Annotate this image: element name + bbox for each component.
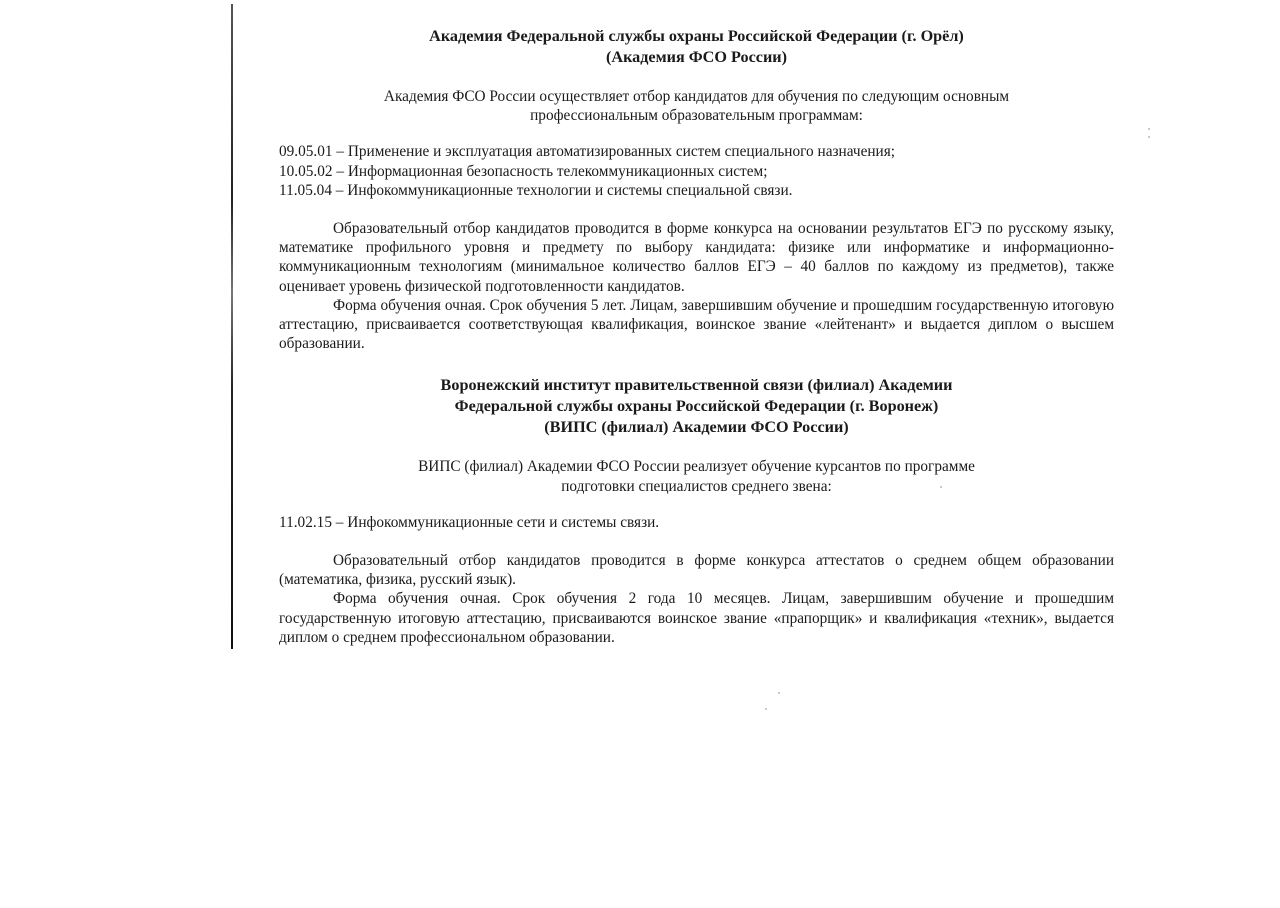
scan-edge-line	[231, 4, 233, 649]
program-item: 11.05.04 – Инфокоммуникационные технолог…	[279, 181, 1114, 200]
scan-speck	[1148, 128, 1150, 130]
section-academy-orel: Академия Федеральной службы охраны Росси…	[279, 26, 1114, 353]
document-page: Академия Федеральной службы охраны Росси…	[279, 26, 1114, 647]
scan-speck	[1148, 136, 1150, 138]
intro-line: профессиональным образовательным програм…	[530, 107, 863, 124]
section-heading: Воронежский институт правительственной с…	[279, 375, 1114, 438]
intro-line: подготовки специалистов среднего звена:	[561, 478, 832, 495]
scan-speck	[765, 708, 767, 710]
study-form-paragraph: Форма обучения очная. Срок обучения 2 го…	[279, 589, 1114, 647]
scan-speck	[778, 692, 780, 694]
program-list: 09.05.01 – Применение и эксплуатация авт…	[279, 142, 1114, 200]
program-list: 11.02.15 – Инфокоммуникационные сети и с…	[279, 513, 1114, 532]
study-form-paragraph: Форма обучения очная. Срок обучения 5 ле…	[279, 296, 1114, 354]
heading-line: (Академия ФСО России)	[279, 47, 1114, 68]
heading-line: Академия Федеральной службы охраны Росси…	[279, 26, 1114, 47]
intro-line: ВИПС (филиал) Академии ФСО России реализ…	[418, 458, 975, 475]
heading-line: Воронежский институт правительственной с…	[279, 375, 1114, 396]
section-intro: ВИПС (филиал) Академии ФСО России реализ…	[279, 457, 1114, 495]
program-item: 10.05.02 – Информационная безопасность т…	[279, 162, 1114, 181]
section-heading: Академия Федеральной службы охраны Росси…	[279, 26, 1114, 68]
program-item: 09.05.01 – Применение и эксплуатация авт…	[279, 142, 1114, 161]
selection-paragraph: Образовательный отбор кандидатов проводи…	[279, 219, 1114, 296]
section-vips-voronezh: Воронежский институт правительственной с…	[279, 375, 1114, 647]
intro-line: Академия ФСО России осуществляет отбор к…	[384, 88, 1009, 105]
heading-line: Федеральной службы охраны Российской Фед…	[279, 396, 1114, 417]
program-item: 11.02.15 – Инфокоммуникационные сети и с…	[279, 513, 1114, 532]
selection-paragraph: Образовательный отбор кандидатов проводи…	[279, 551, 1114, 589]
heading-line: (ВИПС (филиал) Академии ФСО России)	[279, 417, 1114, 438]
section-intro: Академия ФСО России осуществляет отбор к…	[279, 87, 1114, 125]
